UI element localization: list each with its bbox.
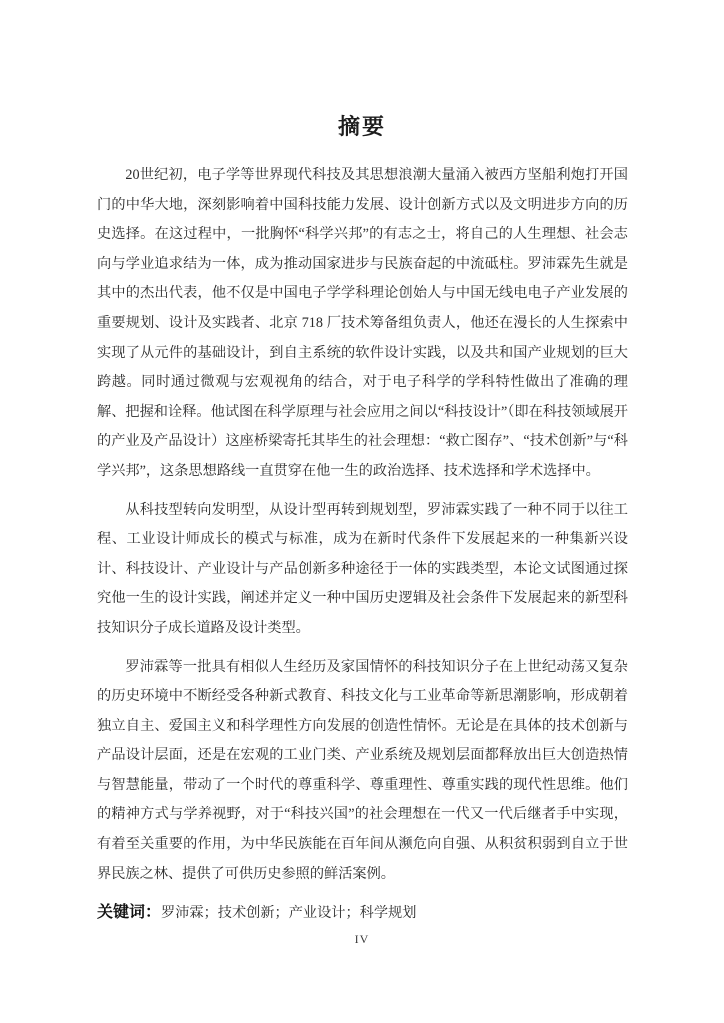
abstract-paragraph-1: 20世纪初，电子学等世界现代科技及其思想浪潮大量涌入被西方坚船利炮打开国门的中华… <box>97 161 628 487</box>
abstract-paragraph-3: 罗沛霖等一批具有相似人生经历及家国情怀的科技知识分子在上世纪动荡又复杂的历史环境… <box>97 653 628 890</box>
keywords-line: 关键词：罗沛霖；技术创新；产业设计；科学规划 <box>97 898 628 929</box>
keywords-label: 关键词： <box>97 904 161 921</box>
keywords-text: 罗沛霖；技术创新；产业设计；科学规划 <box>161 905 416 921</box>
abstract-paragraph-2: 从科技型转向发明型，从设计型再转到规划型，罗沛霖实践了一种不同于以往工程、工业设… <box>97 496 628 644</box>
page-number: IV <box>0 932 724 947</box>
page-title: 摘要 <box>0 0 724 141</box>
abstract-body: 20世纪初，电子学等世界现代科技及其思想浪潮大量涌入被西方坚船利炮打开国门的中华… <box>97 161 628 929</box>
document-page: 摘要 20世纪初，电子学等世界现代科技及其思想浪潮大量涌入被西方坚船利炮打开国门… <box>0 0 724 1023</box>
